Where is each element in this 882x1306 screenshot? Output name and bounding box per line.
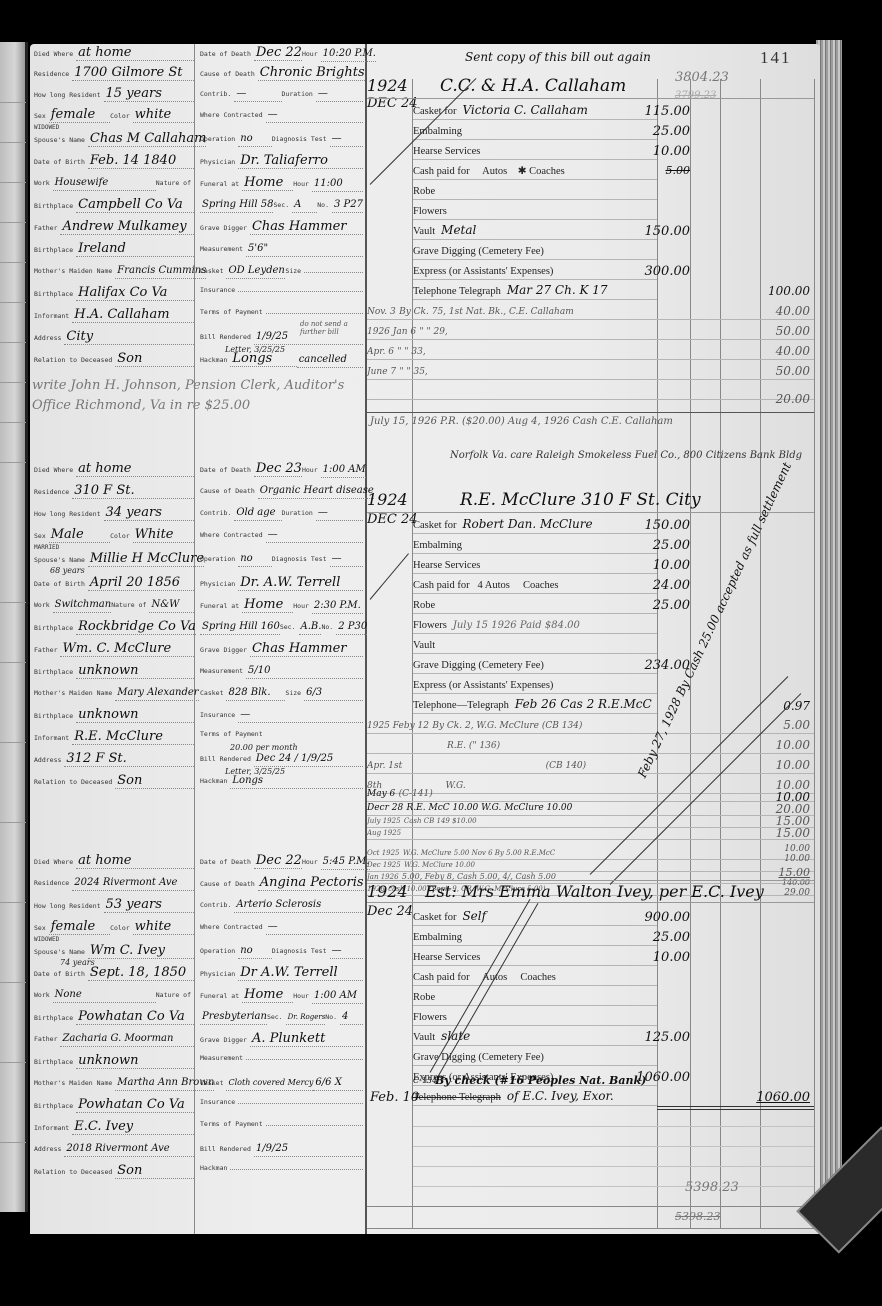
ledger-row-embalming: Embalming <box>413 120 657 140</box>
ledger-row-express: Express (or Assistants' Expenses) <box>413 260 657 280</box>
amount-embalming: 25.00 <box>630 930 690 945</box>
amount-cash-paid: 5.00 <box>630 164 690 177</box>
field-mother-birthplace: BirthplaceHalifax Co Va <box>34 286 194 308</box>
field-residence: Residence1700 Gilmore St <box>34 66 194 88</box>
previous-page-edge <box>0 42 28 1212</box>
field-father-birthplace: Birthplaceunknown <box>34 664 194 686</box>
diagonal-mark <box>370 553 409 600</box>
field-date-of-birth: Date of BirthFeb. 14 1840 <box>34 154 194 176</box>
running-total-bottom: 5398.23 <box>685 1180 739 1195</box>
field-where-contracted: Where Contracted— <box>200 920 363 942</box>
field-contrib: Contrib.Arterio Sclerosis <box>200 898 363 920</box>
ledger-column-divider <box>365 44 367 1234</box>
running-total-top-struck: 3799.23 <box>675 90 716 101</box>
amount-vault: 125.00 <box>630 1030 690 1045</box>
ledger-row-flowers: FlowersJuly 15 1926 Paid $84.00 <box>413 614 657 634</box>
payment-date: Feb. 10 <box>370 1090 419 1105</box>
ledger-account: Est: Mrs Emma Walton Ivey, per E.C. Ivey <box>425 882 764 901</box>
field-father: FatherZacharia G. Moorman <box>34 1032 194 1054</box>
ledger-row-telephone: Telephone—TelegraphFeb 26 Cas 2 R.E.McC <box>413 694 657 714</box>
ledger-row-flowers: Flowers <box>413 200 657 220</box>
amount-hearse: 10.00 <box>630 144 690 159</box>
amount-express: 300.00 <box>630 264 690 279</box>
top-note: Sent copy of this bill out again <box>465 50 651 64</box>
field-spouse-name: Spouse's NameChas M Callaham <box>34 132 194 154</box>
amount-casket: 115.00 <box>630 104 690 119</box>
field-residence: Residence2024 Rivermont Ave <box>34 876 194 898</box>
ledger-footer: July 15, 1926 P.R. ($20.00) Aug 4, 1926 … <box>370 416 673 427</box>
field-grave-digger: Grave DiggerA. Plunkett <box>200 1032 363 1054</box>
field-mother-birthplace: BirthplacePowhatan Co Va <box>34 1098 194 1120</box>
field-father-birthplace: BirthplaceIreland <box>34 242 194 264</box>
field-contrib: Contrib.—Duration— <box>200 87 363 109</box>
field-cause-of-death: Cause of DeathAngina Pectoris <box>200 876 363 898</box>
field-grave-digger: Grave DiggerChas Hammer <box>200 220 363 242</box>
field-informant: InformantE.C. Ivey <box>34 1120 194 1142</box>
ledger-date: Dec 24 <box>367 904 413 919</box>
field-measurement: Measurement <box>200 1054 363 1076</box>
field-mothers-maiden-name: Mother's Maiden NameMartha Ann Brown <box>34 1076 194 1098</box>
field-cemetery: Spring Hill 160Sec.A.B.No.2 P30 <box>200 620 363 642</box>
right-margin-divider <box>814 79 815 1229</box>
field-residence: Residence310 F St. <box>34 484 194 506</box>
field-insurance: Insurance <box>200 1098 363 1120</box>
amount-hearse: 10.00 <box>630 558 690 573</box>
field-birthplace: BirthplaceCampbell Co Va <box>34 198 194 220</box>
field-how-long-resident: How long Resident34 years <box>34 506 194 528</box>
field-where-contracted: Where Contracted— <box>200 528 363 550</box>
field-mothers-maiden-name: Mother's Maiden NameFrancis Cummins <box>34 264 194 286</box>
field-date-of-birth: Date of BirthSept. 18, 1850 <box>34 966 194 988</box>
field-father-birthplace: Birthplaceunknown <box>34 1054 194 1076</box>
amount-embalming: 25.00 <box>630 124 690 139</box>
field-father: FatherWm. C. McClure <box>34 642 194 664</box>
field-bill-rendered: Bill Rendered1/9/25 <box>200 1142 363 1164</box>
field-died-where: Died Whereat home <box>34 462 194 484</box>
ledger-date: DEC 24 <box>367 512 418 527</box>
field-work: WorkSwitchmanNature ofN&W <box>34 598 194 620</box>
field-physician: PhysicianDr A.W. Terrell <box>200 966 363 988</box>
amount-robe: 25.00 <box>630 598 690 613</box>
age-note: 68 years <box>50 566 85 575</box>
payment-amount: 50.00 <box>720 324 810 338</box>
field-casket: CasketOD LeydenSize <box>200 264 363 286</box>
ledger-row-cash-paid: Cash paid for 4 Autos Coaches <box>413 574 657 594</box>
ledger-row-grave-digging: Grave Digging (Cemetery Fee) <box>413 240 657 260</box>
payment-amount: 10.00 <box>720 854 810 864</box>
field-hackman: Hackman <box>200 1164 363 1186</box>
field-operation: OperationnoDiagnosis Test— <box>200 944 363 966</box>
field-funeral-at: Funeral atHomeHour1:00 AM <box>200 988 363 1010</box>
field-cemetery: Spring Hill 58Sec.ANo.3 P27 <box>200 198 363 220</box>
amount-casket: 150.00 <box>630 518 690 533</box>
ledger-row-express: Express (or Assistants' Expenses) <box>413 674 657 694</box>
credit-cents-divider <box>760 79 761 1229</box>
payment-amount: 40.00 <box>720 304 810 318</box>
field-physician: PhysicianDr. Taliaferro <box>200 154 363 176</box>
ledger-top-note: Norfolk Va. care Raleigh Smokeless Fuel … <box>450 450 802 461</box>
ledger-row-vault: Vault <box>413 634 657 654</box>
field-father: FatherAndrew Mulkamey <box>34 220 194 242</box>
field-relation: Relation to DeceasedSon <box>34 1164 194 1186</box>
payment-amount: 50.00 <box>720 364 810 378</box>
field-cause-of-death: Cause of DeathOrganic Heart disease <box>200 484 363 506</box>
field-date-of-birth: Date of BirthApril 20 1856 <box>34 576 194 598</box>
amount-casket: 900.00 <box>630 910 690 925</box>
field-address: AddressCity <box>34 330 194 352</box>
field-hackman: HackmanLongs <box>200 774 363 796</box>
bill-note: do not send a further bill <box>300 320 364 336</box>
running-total-top: 3804.23 <box>675 70 729 85</box>
amount-cash-paid: 24.00 <box>630 578 690 593</box>
field-measurement: Measurement5/10 <box>200 664 363 686</box>
amount-hearse: 10.00 <box>630 950 690 965</box>
field-hackman: HackmanLongscancelled <box>200 352 363 374</box>
ledger-year: 1924 <box>367 882 408 901</box>
field-operation: OperationnoDiagnosis Test— <box>200 132 363 154</box>
running-total-bottom-struck: 5398.23 <box>675 1210 721 1223</box>
debit-column-divider <box>657 79 658 1229</box>
field-funeral-at: Funeral atHomeHour11:00 <box>200 176 363 198</box>
settlement-amount: 0.97 <box>730 699 810 713</box>
field-address: Address2018 Rivermont Ave <box>34 1142 194 1164</box>
field-funeral-at: Funeral atHomeHour2:30 P.M. <box>200 598 363 620</box>
field-informant: InformantH.A. Callaham <box>34 308 194 330</box>
payment-amount: 15.00 <box>720 826 810 840</box>
field-informant: InformantR.E. McClure <box>34 730 194 752</box>
field-measurement: Measurement5'6" <box>200 242 363 264</box>
ledger-row-flowers: Flowers <box>413 1006 657 1026</box>
field-casket: CasketCloth covered Mercy6/6 X <box>200 1076 363 1098</box>
field-insurance: Insurance— <box>200 708 363 730</box>
payment-amount: 1060.00 <box>720 1090 810 1105</box>
ledger-row-telephone: Telephone Telegraphof E.C. Ivey, Exor. <box>413 1086 657 1106</box>
ledger-row-hearse: Hearse Services <box>413 554 657 574</box>
field-casket: Casket828 Blk.Size6/3 <box>200 686 363 708</box>
payment-amount: 100.00 <box>720 284 810 298</box>
credit-column-divider <box>720 79 721 1229</box>
field-how-long-resident: How long Resident15 years <box>34 87 194 109</box>
ledger-row-cash-paid: Cash paid for Autos Coaches <box>413 966 657 986</box>
ledger-row-hearse: Hearse Services <box>413 946 657 966</box>
amount-total: 234.00 <box>630 658 690 673</box>
field-how-long-resident: How long Resident53 years <box>34 898 194 920</box>
payment-amount: 10.00 <box>720 844 810 854</box>
field-birthplace: BirthplaceRockbridge Co Va <box>34 620 194 642</box>
payment-ref: C-134 <box>413 1076 437 1085</box>
field-date-of-death: Date of DeathDec 23Hour1:00 AM <box>200 462 363 484</box>
payment-amount: 10.00 <box>720 738 810 752</box>
field-mother-birthplace: Birthplaceunknown <box>34 708 194 730</box>
ledger-row-casket: Casket forRobert Dan. McClure <box>413 514 657 534</box>
ledger-year: 1924 <box>367 76 408 95</box>
ledger-row-grave-digging: Grave Digging (Cemetery Fee) <box>413 654 657 674</box>
field-physician: PhysicianDr. A.W. Terrell <box>200 576 363 598</box>
field-died-where: Died Whereat home <box>34 854 194 876</box>
ledger-row-robe: Robe <box>413 180 657 200</box>
ledger-row-embalming: Embalming <box>413 534 657 554</box>
field-relation: Relation to DeceasedSon <box>34 774 194 796</box>
pension-note: write John H. Johnson, Pension Clerk, Au… <box>32 376 362 416</box>
payment-amount: 20.00 <box>720 392 810 406</box>
ledger-account: R.E. McClure 310 F St. City <box>460 490 701 510</box>
field-mothers-maiden-name: Mother's Maiden NameMary Alexander <box>34 686 194 708</box>
terms-value: 20.00 per month <box>230 743 298 752</box>
field-terms: Terms of Payment <box>200 1120 363 1142</box>
amount-embalming: 25.00 <box>630 538 690 553</box>
field-cause-of-death: Cause of DeathChronic Brights <box>200 66 363 88</box>
ledger-row-cash-paid: Cash paid for Autos ✱ Coaches <box>413 160 657 180</box>
ledger-row-hearse: Hearse Services <box>413 140 657 160</box>
amount-vault: 150.00 <box>630 224 690 239</box>
ledger-row-embalming: Embalming <box>413 926 657 946</box>
field-address: Address312 F St. <box>34 752 194 774</box>
field-birthplace: BirthplacePowhatan Co Va <box>34 1010 194 1032</box>
ledger-year: 1924 <box>367 490 408 509</box>
form-column-divider <box>194 44 195 1234</box>
field-grave-digger: Grave DiggerChas Hammer <box>200 642 363 664</box>
field-work: WorkNoneNature of <box>34 988 194 1010</box>
page-number: 141 <box>760 48 792 68</box>
field-insurance: Insurance <box>200 286 363 308</box>
payment-text: By check (#16 Peoples Nat. Bank) <box>435 1074 646 1087</box>
field-operation: OperationnoDiagnosis Test— <box>200 552 363 574</box>
field-contrib: Contrib.Old ageDuration— <box>200 506 363 528</box>
field-work: WorkHousewifeNature of <box>34 176 194 198</box>
ledger-page: Sent copy of this bill out again 141 380… <box>30 44 820 1234</box>
field-relation: Relation to DeceasedSon <box>34 352 194 374</box>
field-date-of-death: Date of DeathDec 22Hour5:45 P.M. <box>200 854 363 876</box>
field-cemetery: PresbyterianSec.Dr. RogersNo.4 <box>200 1010 363 1032</box>
ledger-row-robe: Robe <box>413 986 657 1006</box>
ledger-row-telephone: Telephone TelegraphMar 27 Ch. K 17 <box>413 280 657 300</box>
ledger-row-vault: VaultMetal <box>413 220 657 240</box>
field-spouse-name: Spouse's NameWm C. Ivey <box>34 944 194 966</box>
field-where-contracted: Where Contracted— <box>200 108 363 130</box>
ledger-row-robe: Robe <box>413 594 657 614</box>
payment-amount: 40.00 <box>720 344 810 358</box>
